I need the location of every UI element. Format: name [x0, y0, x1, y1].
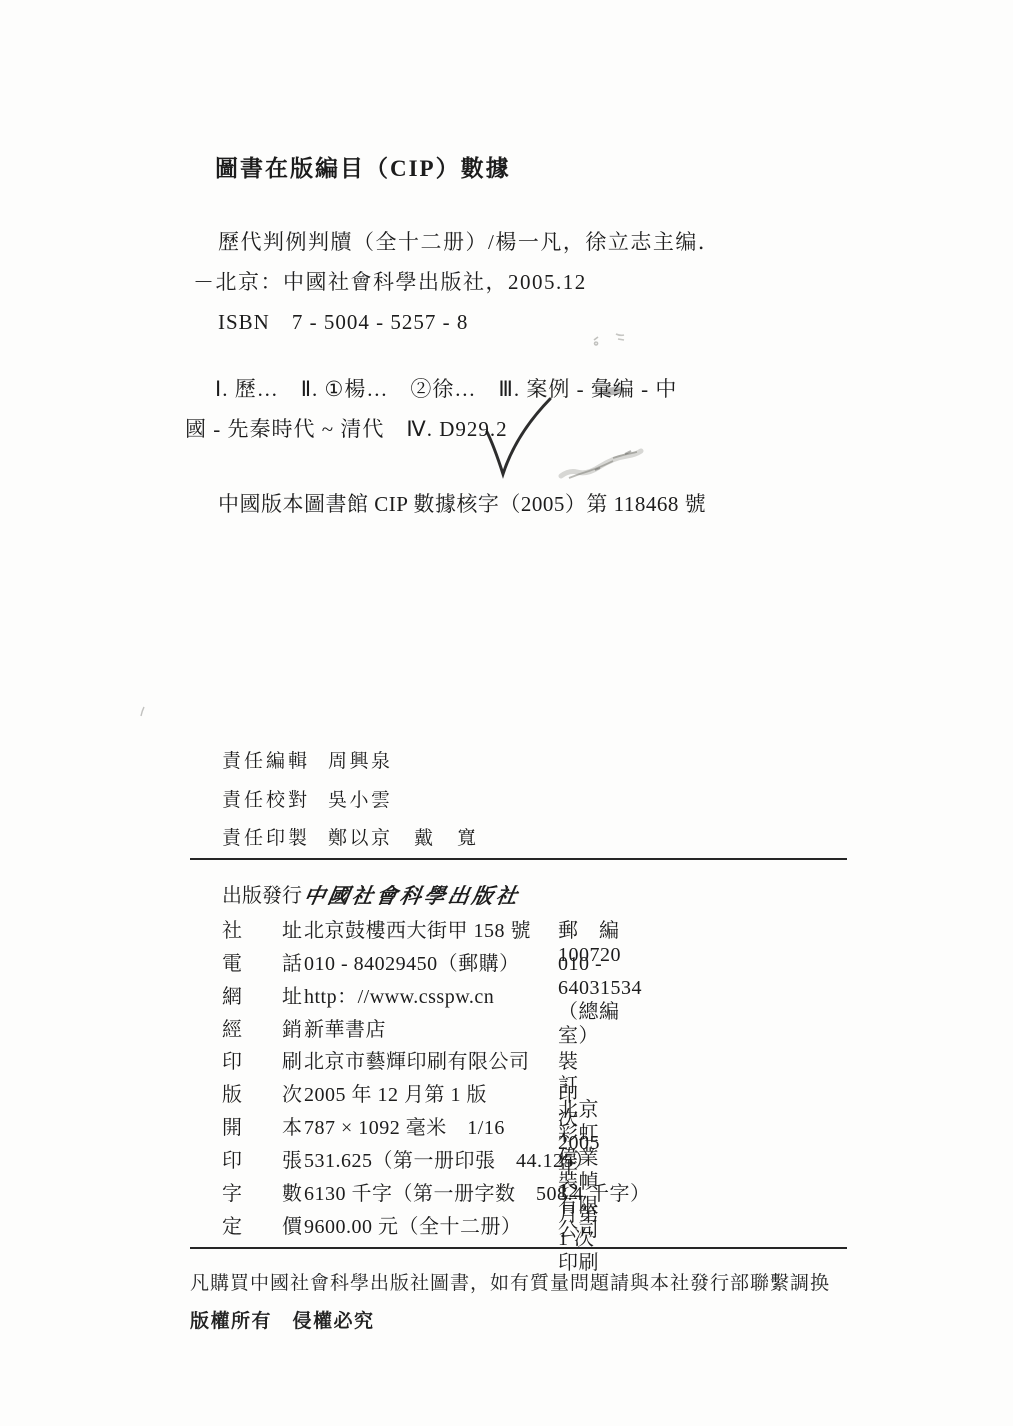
colophon-row-printer: 印刷北京市藝輝印刷有限公司裝 訂 北京彩虹偉業裝幀有限公司	[222, 1050, 530, 1074]
colophon-value: 2005 年 12 月第 1 版	[304, 1084, 487, 1106]
colophon-value: 787 × 1092 毫米 1/16	[304, 1117, 505, 1139]
colophon-row-phone: 電話010 - 84029450（郵購）010 - 64031534（總編室）	[222, 952, 520, 976]
colophon-value: 北京鼓樓西大街甲 158 號	[304, 920, 531, 942]
colophon-row-price: 定價9600.00 元（全十二册）	[222, 1215, 522, 1239]
colophon-row-publisher: 出版發行中國社會科學出版社	[222, 884, 520, 909]
quality-note: 凡購買中國社會科學出版社圖書，如有質量問題請與本社發行部聯繫調换	[190, 1268, 830, 1295]
colophon-label: 出版發行	[222, 884, 302, 908]
colophon-row-sheets: 印張531.625（第一册印張 44.125）	[222, 1149, 595, 1173]
cip-copyright-page: { "cip": { "header": "圖書在版編目（CIP）數據", "b…	[0, 0, 1013, 1426]
colophon-row-distributor: 經銷新華書店	[222, 1018, 386, 1042]
colophon-label: 版次	[222, 1083, 302, 1107]
staff-role: 責任校對	[222, 790, 310, 811]
staff-role: 責任編輯	[222, 751, 310, 772]
colophon-label: 開本	[222, 1116, 302, 1140]
staff-name: 吳小雲	[328, 790, 393, 811]
colophon-row-format: 開本787 × 1092 毫米 1/16	[222, 1116, 505, 1140]
colophon-value: 9600.00 元（全十二册）	[304, 1216, 522, 1238]
staff-role: 責任印製	[222, 828, 310, 849]
faint-dots-smudge	[590, 330, 635, 352]
staff-row-printing: 責任印製鄭以京 戴 寬	[222, 823, 479, 850]
colophon-label: 印刷	[222, 1050, 302, 1074]
colophon-row-website: 網址http：//www.csspw.cn	[222, 985, 494, 1009]
cip-header: 圖書在版編目（CIP）數據	[215, 150, 511, 183]
colophon-label: 定價	[222, 1215, 302, 1239]
copyright-notice: 版權所有 侵權必究	[190, 1306, 375, 1333]
checkmark-annotation	[470, 392, 565, 482]
divider-top	[190, 858, 847, 860]
cip-record-number: 中國版本圖書館 CIP 數據核字（2005）第 118468 號	[218, 488, 706, 518]
colophon-label: 經銷	[222, 1018, 302, 1042]
colophon-label: 電話	[222, 952, 302, 976]
publisher-signature: 中國社會科學出版社	[302, 884, 522, 908]
colophon-value: 新華書店	[304, 1019, 386, 1041]
colophon-value: 6130 千字（第一册字数 508.4 千字）	[304, 1183, 651, 1205]
staff-name: 周興泉	[328, 751, 393, 772]
publisher-line: －北京：中國社會科學出版社，2005.12	[193, 266, 587, 296]
colophon-value: http：//www.csspw.cn	[304, 986, 494, 1008]
colophon-row-wordcount: 字數6130 千字（第一册字数 508.4 千字）	[222, 1182, 651, 1206]
colophon-value: 北京市藝輝印刷有限公司	[304, 1051, 530, 1073]
isbn-line: ISBN 7 - 5004 - 5257 - 8	[218, 306, 468, 336]
divider-bottom	[190, 1247, 847, 1249]
ink-smudge	[600, 384, 626, 398]
staff-name: 鄭以京 戴 寬	[328, 828, 479, 849]
classification-line-2: 國 - 先秦時代 ~ 清代 Ⅳ. D929.2	[185, 413, 508, 443]
colophon-value: 010 - 84029450（郵購）	[304, 953, 520, 975]
colophon-label: 網址	[222, 985, 302, 1009]
colophon-row-address: 社址北京鼓樓西大街甲 158 號郵 編 100720	[222, 919, 531, 943]
staff-row-proofreader: 責任校對吳小雲	[222, 785, 393, 812]
book-title-line: 歷代判例判牘（全十二册）/楊一凡，徐立志主编．	[218, 226, 720, 256]
colophon-label: 字數	[222, 1182, 302, 1206]
colophon-right-value: 010 - 64031534（總編室）	[558, 952, 642, 1048]
staff-row-editor: 責任編輯周興泉	[222, 746, 393, 773]
colophon-row-edition: 版次2005 年 12 月第 1 版印 次 2005 年 12 月第 1 次印刷	[222, 1083, 487, 1107]
colophon-label: 印張	[222, 1149, 302, 1173]
pencil-smudge-annotation	[555, 438, 655, 483]
colophon-label: 社址	[222, 919, 302, 943]
stray-mark	[138, 705, 148, 719]
colophon-value: 531.625（第一册印張 44.125）	[304, 1150, 595, 1172]
